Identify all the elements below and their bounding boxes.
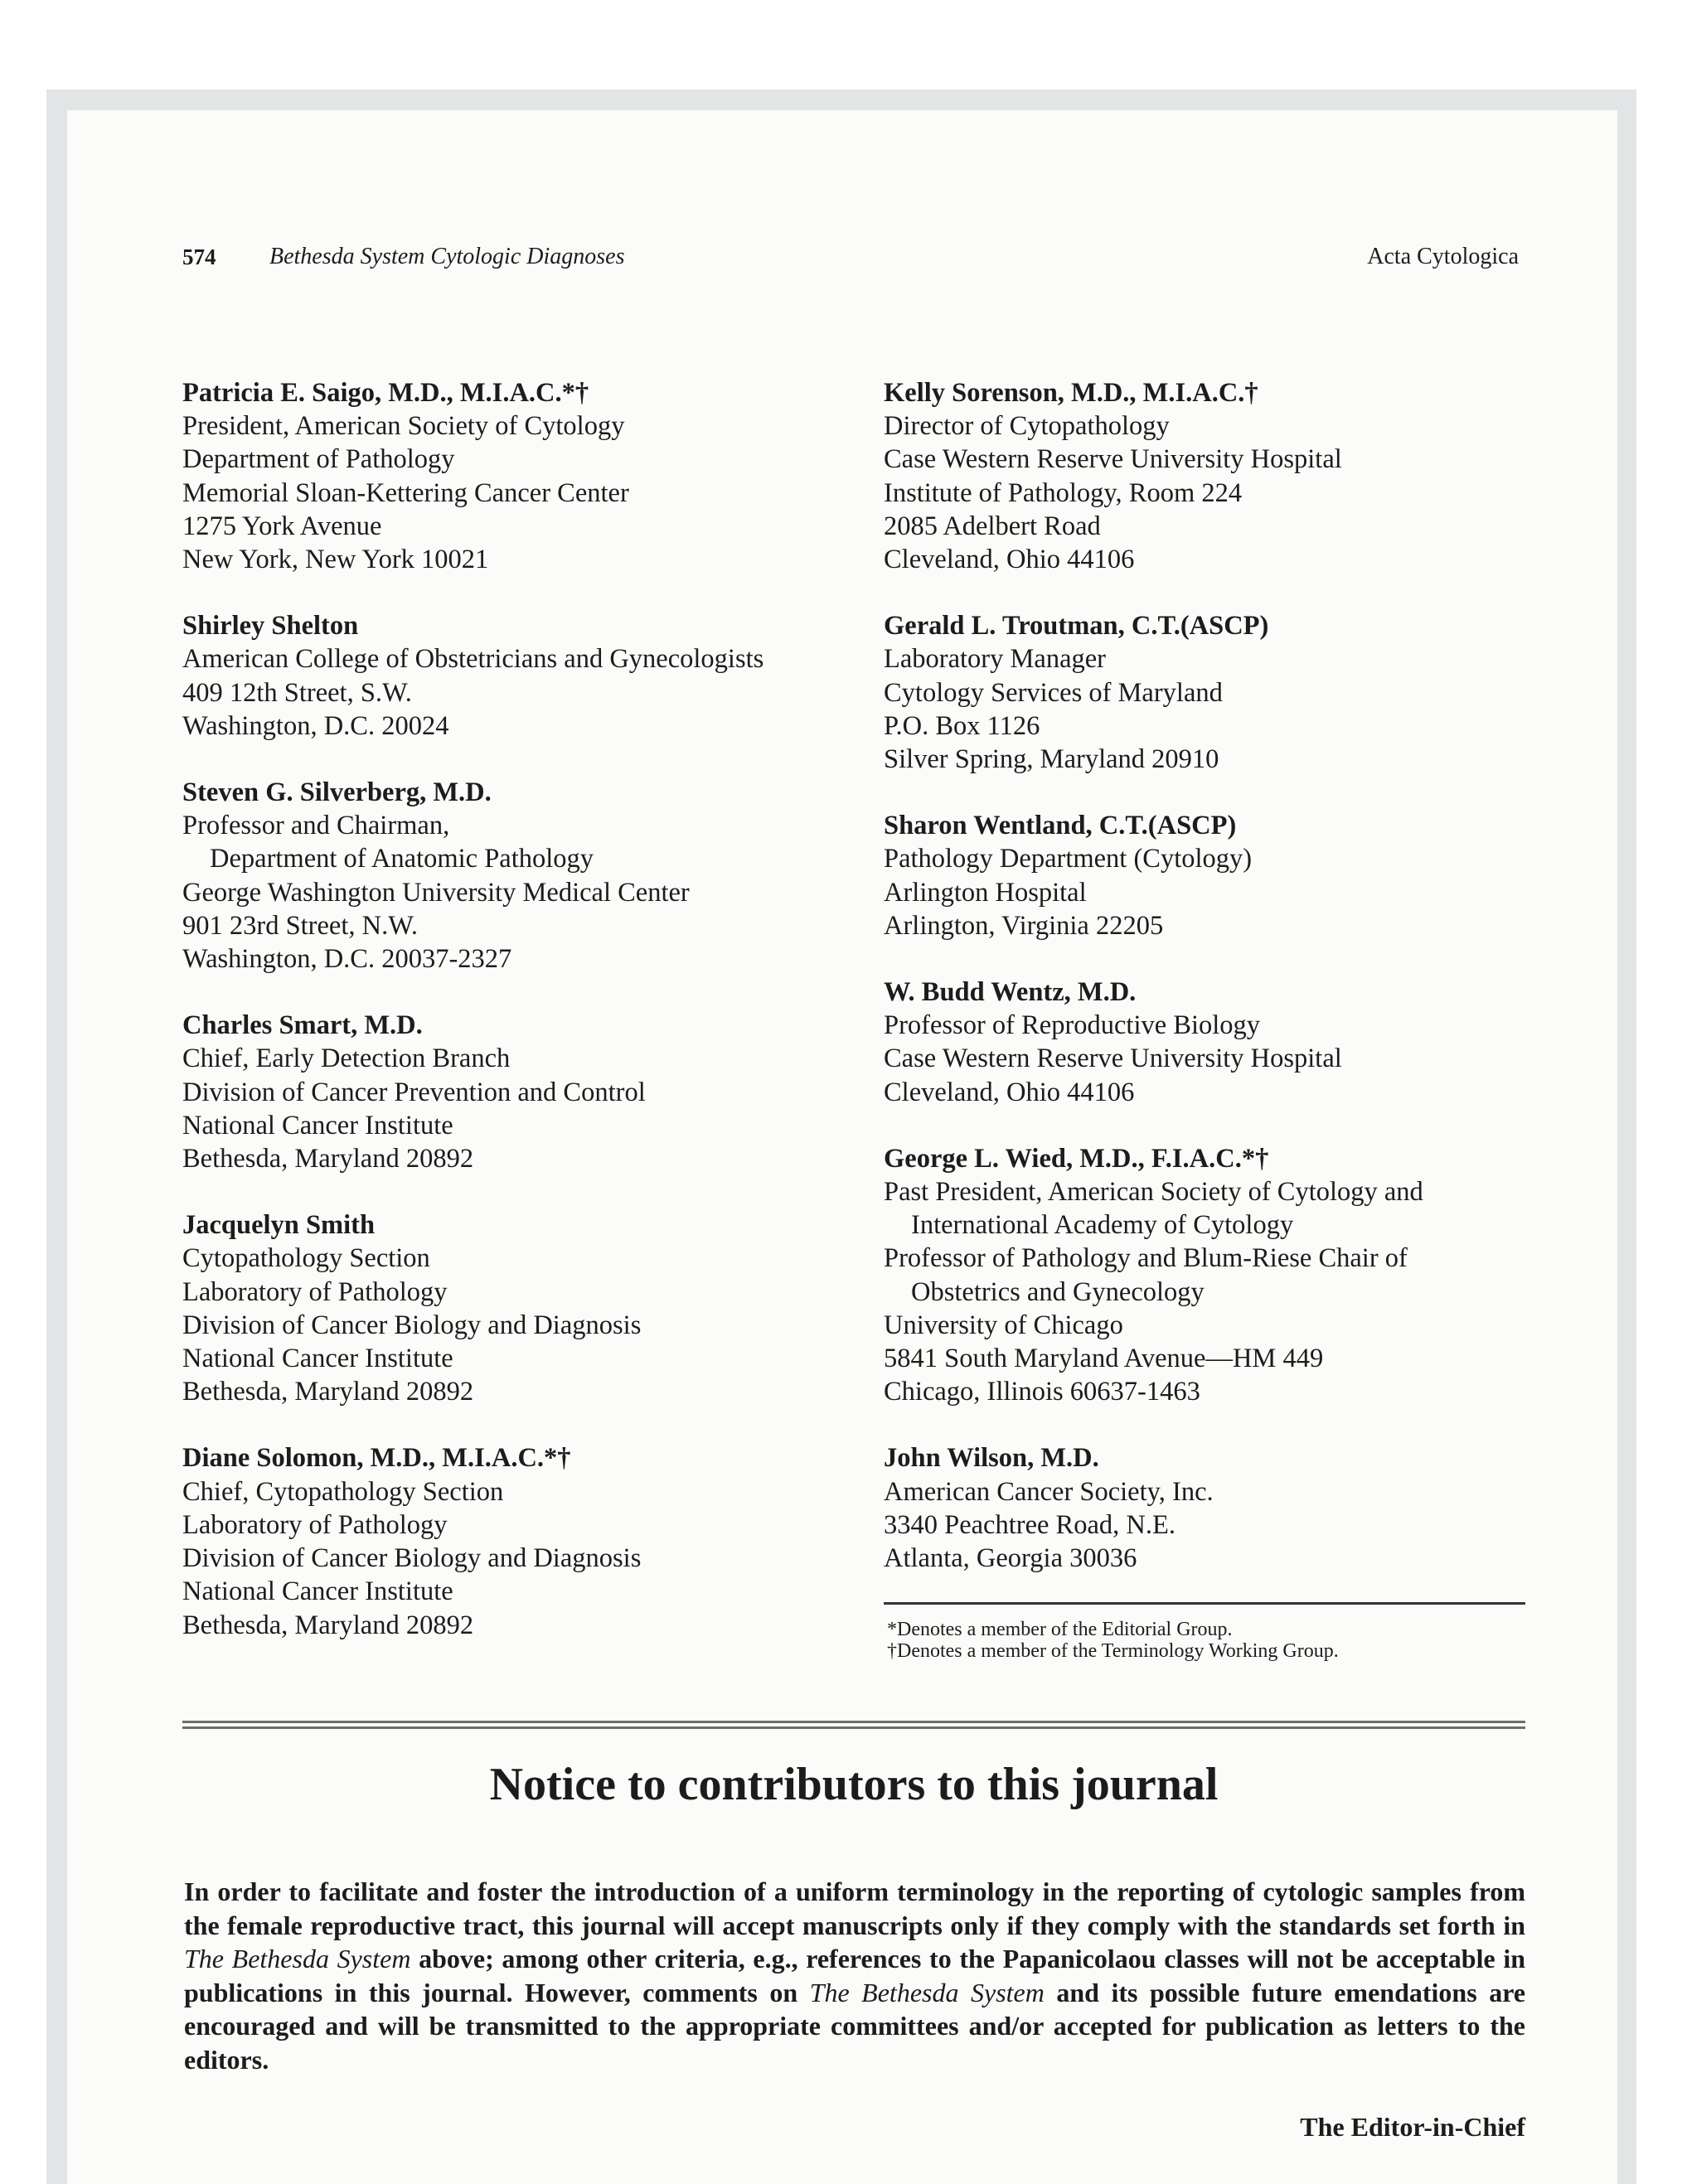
member-entry: W. Budd Wentz, M.D.Professor of Reproduc… — [884, 976, 1530, 1109]
member-entry: Patricia E. Saigo, M.D., M.I.A.C.*†Presi… — [182, 376, 895, 576]
notice-italic-bethesda-1: The Bethesda System — [184, 1944, 410, 1973]
member-name: Kelly Sorenson, M.D., M.I.A.C.† — [884, 376, 1530, 409]
member-entry: John Wilson, M.D.American Cancer Society… — [884, 1441, 1530, 1575]
member-affiliation-line: P.O. Box 1126 — [884, 709, 1530, 743]
member-affiliation-line: 2085 Adelbert Road — [884, 510, 1530, 543]
member-affiliation-line: Professor and Chairman, — [182, 809, 895, 842]
member-affiliation-line: Laboratory of Pathology — [182, 1508, 895, 1542]
member-affiliation-line: Arlington Hospital — [884, 876, 1530, 909]
member-affiliation-line: Division of Cancer Biology and Diagnosis — [182, 1542, 895, 1575]
member-affiliation-line: Division of Cancer Biology and Diagnosis — [182, 1309, 895, 1342]
member-affiliation-line: Laboratory Manager — [884, 642, 1530, 676]
section-divider — [182, 1721, 1525, 1729]
footnote-divider — [884, 1602, 1525, 1605]
member-entry: Shirley SheltonAmerican College of Obste… — [182, 609, 895, 743]
notice-title: Notice to contributors to this journal — [182, 1755, 1525, 1814]
running-header: 574 Bethesda System Cytologic Diagnoses … — [182, 240, 1519, 274]
member-affiliation-line: Washington, D.C. 20037-2327 — [182, 942, 895, 976]
member-affiliation-line: Case Western Reserve University Hospital — [884, 443, 1530, 476]
member-affiliation-line: University of Chicago — [884, 1309, 1530, 1342]
member-affiliation-line: National Cancer Institute — [182, 1342, 895, 1375]
footnote-editorial-group: *Denotes a member of the Editorial Group… — [887, 1619, 1339, 1640]
member-entry: George L. Wied, M.D., F.I.A.C.*†Past Pre… — [884, 1142, 1530, 1409]
member-affiliation-line: Bethesda, Maryland 20892 — [182, 1609, 895, 1642]
editor-signature: The Editor-in-Chief — [1300, 2110, 1525, 2143]
member-affiliation-line: American College of Obstetricians and Gy… — [182, 642, 895, 676]
member-affiliation-line: 3340 Peachtree Road, N.E. — [884, 1508, 1530, 1542]
notice-text-1: In order to facilitate and foster the in… — [184, 1876, 1525, 1940]
member-affiliation-line: Washington, D.C. 20024 — [182, 709, 895, 743]
member-affiliation-line: Chief, Cytopathology Section — [182, 1475, 895, 1508]
notice-italic-bethesda-2: The Bethesda System — [810, 1978, 1045, 2007]
member-affiliation-line: National Cancer Institute — [182, 1575, 895, 1608]
member-name: Steven G. Silverberg, M.D. — [182, 776, 895, 809]
member-affiliation-line: Department of Pathology — [182, 443, 895, 476]
member-entry: Jacquelyn SmithCytopathology SectionLabo… — [182, 1208, 895, 1408]
member-entry: Steven G. Silverberg, M.D.Professor and … — [182, 776, 895, 976]
footnotes: *Denotes a member of the Editorial Group… — [887, 1619, 1339, 1662]
member-affiliation-line: Bethesda, Maryland 20892 — [182, 1142, 895, 1175]
member-affiliation-line: George Washington University Medical Cen… — [182, 876, 895, 909]
member-affiliation-line: Professor of Pathology and Blum-Riese Ch… — [884, 1242, 1530, 1275]
members-column-right: Kelly Sorenson, M.D., M.I.A.C.†Director … — [884, 376, 1530, 1608]
member-entry: Charles Smart, M.D.Chief, Early Detectio… — [182, 1009, 895, 1175]
member-affiliation-line: Professor of Reproductive Biology — [884, 1009, 1530, 1042]
member-affiliation-line: Department of Anatomic Pathology — [182, 842, 895, 875]
member-affiliation-line: Obstetrics and Gynecology — [884, 1276, 1530, 1309]
member-name: Sharon Wentland, C.T.(ASCP) — [884, 809, 1530, 842]
member-affiliation-line: 409 12th Street, S.W. — [182, 676, 895, 709]
member-affiliation-line: Division of Cancer Prevention and Contro… — [182, 1076, 895, 1109]
page-number: 574 — [182, 240, 216, 274]
member-affiliation-line: 901 23rd Street, N.W. — [182, 909, 895, 942]
member-affiliation-line: New York, New York 10021 — [182, 543, 895, 576]
member-entry: Sharon Wentland, C.T.(ASCP)Pathology Dep… — [884, 809, 1530, 942]
member-name: Shirley Shelton — [182, 609, 895, 642]
journal-name: Acta Cytologica — [1367, 240, 1519, 274]
member-affiliation-line: Bethesda, Maryland 20892 — [182, 1375, 895, 1408]
member-affiliation-line: 1275 York Avenue — [182, 510, 895, 543]
member-affiliation-line: Director of Cytopathology — [884, 409, 1530, 443]
member-entry: Gerald L. Troutman, C.T.(ASCP)Laboratory… — [884, 609, 1530, 776]
member-name: George L. Wied, M.D., F.I.A.C.*† — [884, 1142, 1530, 1175]
member-name: Gerald L. Troutman, C.T.(ASCP) — [884, 609, 1530, 642]
member-name: W. Budd Wentz, M.D. — [884, 976, 1530, 1009]
members-column-left: Patricia E. Saigo, M.D., M.I.A.C.*†Presi… — [182, 376, 895, 1675]
member-name: John Wilson, M.D. — [884, 1441, 1530, 1475]
member-affiliation-line: President, American Society of Cytology — [182, 409, 895, 443]
notice-body: In order to facilitate and foster the in… — [184, 1875, 1525, 2076]
member-affiliation-line: Past President, American Society of Cyto… — [884, 1175, 1530, 1208]
member-affiliation-line: Atlanta, Georgia 30036 — [884, 1542, 1530, 1575]
member-affiliation-line: Chief, Early Detection Branch — [182, 1042, 895, 1075]
member-affiliation-line: Cytopathology Section — [182, 1242, 895, 1275]
member-entry: Diane Solomon, M.D., M.I.A.C.*†Chief, Cy… — [182, 1441, 895, 1641]
member-name: Jacquelyn Smith — [182, 1208, 895, 1242]
member-affiliation-line: Case Western Reserve University Hospital — [884, 1042, 1530, 1075]
member-affiliation-line: Cytology Services of Maryland — [884, 676, 1530, 709]
member-affiliation-line: Memorial Sloan-Kettering Cancer Center — [182, 477, 895, 510]
member-affiliation-line: International Academy of Cytology — [884, 1208, 1530, 1242]
member-affiliation-line: Cleveland, Ohio 44106 — [884, 543, 1530, 576]
member-affiliation-line: Cleveland, Ohio 44106 — [884, 1076, 1530, 1109]
member-affiliation-line: 5841 South Maryland Avenue—HM 449 — [884, 1342, 1530, 1375]
member-name: Patricia E. Saigo, M.D., M.I.A.C.*† — [182, 376, 895, 409]
member-name: Charles Smart, M.D. — [182, 1009, 895, 1042]
member-affiliation-line: Pathology Department (Cytology) — [884, 842, 1530, 875]
member-affiliation-line: Arlington, Virginia 22205 — [884, 909, 1530, 942]
member-affiliation-line: Chicago, Illinois 60637-1463 — [884, 1375, 1530, 1408]
running-title: Bethesda System Cytologic Diagnoses — [269, 240, 624, 274]
footnote-terminology-group: †Denotes a member of the Terminology Wor… — [887, 1640, 1339, 1662]
member-name: Diane Solomon, M.D., M.I.A.C.*† — [182, 1441, 895, 1475]
member-affiliation-line: American Cancer Society, Inc. — [884, 1475, 1530, 1508]
member-entry: Kelly Sorenson, M.D., M.I.A.C.†Director … — [884, 376, 1530, 576]
member-affiliation-line: National Cancer Institute — [182, 1109, 895, 1142]
member-affiliation-line: Institute of Pathology, Room 224 — [884, 477, 1530, 510]
member-affiliation-line: Laboratory of Pathology — [182, 1276, 895, 1309]
member-affiliation-line: Silver Spring, Maryland 20910 — [884, 743, 1530, 776]
